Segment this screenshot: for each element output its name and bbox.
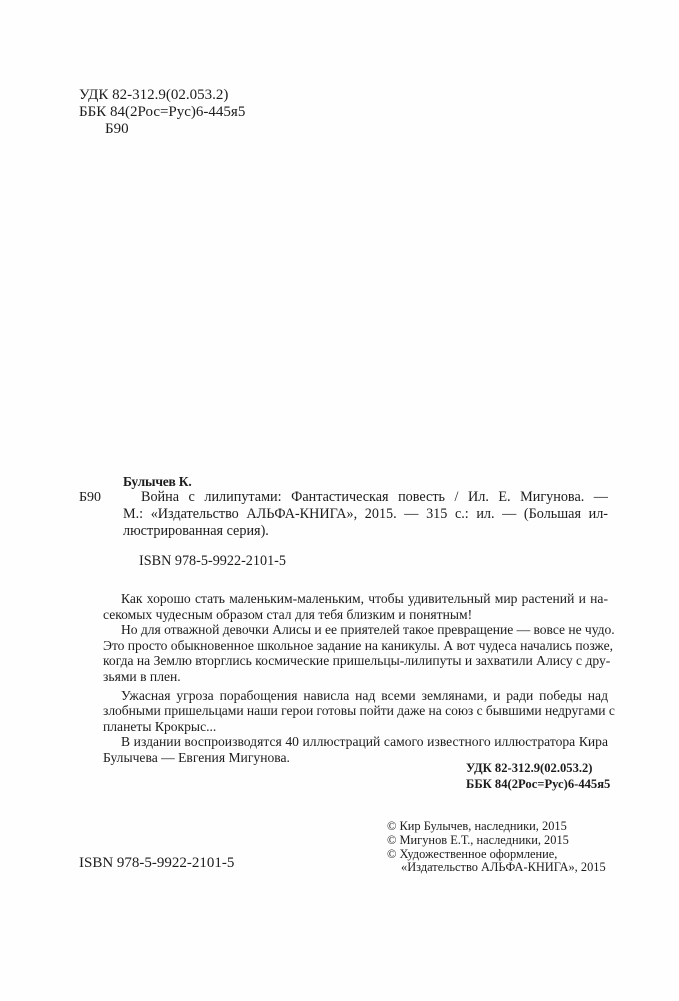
annotation-line: Это просто обыкновенное школьное задание… — [103, 638, 608, 654]
annotation-line: секомых чудесным образом стал для тебя б… — [103, 607, 608, 623]
author-mark: Б90 — [79, 121, 245, 138]
top-classification: УДК 82-312.9(02.053.2) ББК 84(2Рос=Рус)6… — [79, 87, 245, 138]
udk-code: УДК 82-312.9(02.053.2) — [79, 87, 245, 104]
annotation-line: Ужасная угроза порабощения нависла над в… — [103, 688, 608, 704]
bbk-code: ББК 84(2Рос=Рус)6-445я5 — [79, 104, 245, 121]
isbn: ISBN 978-5-9922-2101-5 — [79, 855, 234, 872]
card-description-line: М.: «Издательство АЛЬФА-КНИГА», 2015. — … — [123, 506, 608, 523]
card-description-line: люстрированная серия). — [123, 523, 608, 540]
annotation-paragraph: Ужасная угроза порабощения нависла над в… — [103, 688, 608, 735]
annotation-line: Как хорошо стать маленьким-маленьким, чт… — [103, 591, 608, 607]
annotation-line: Но для отважной девочки Алисы и ее прият… — [103, 622, 608, 638]
annotation-paragraph: Как хорошо стать маленьким-маленьким, чт… — [103, 591, 608, 622]
card-isbn: ISBN 978-5-9922-2101-5 — [139, 553, 286, 570]
annotation-line: когда на Землю вторглись космические при… — [103, 653, 608, 669]
imprint-page: УДК 82-312.9(02.053.2) ББК 84(2Рос=Рус)6… — [0, 0, 679, 1001]
annotation-line: зьями в плен. — [103, 669, 608, 685]
annotation-line: В издании воспроизводятся 40 иллюстраций… — [103, 734, 608, 750]
card-description-line: Война с лилипутами: Фантастическая повес… — [123, 489, 608, 506]
copyright-line: «Издательство АЛЬФА-КНИГА», 2015 — [387, 861, 606, 875]
copyright-line: © Мигунов Е.Т., наследники, 2015 — [387, 834, 606, 848]
card-description: Война с лилипутами: Фантастическая повес… — [123, 489, 608, 540]
annotation: Как хорошо стать маленьким-маленьким, чт… — [103, 591, 608, 766]
annotation-paragraph: Но для отважной девочки Алисы и ее прият… — [103, 622, 608, 684]
copyright-block: © Кир Булычев, наследники, 2015 © Мигуно… — [387, 820, 606, 875]
annotation-line: планеты Крокрыс... — [103, 719, 608, 735]
bbk-code: ББК 84(2Рос=Рус)6-445я5 — [466, 777, 610, 793]
card-author: Булычев К. — [123, 474, 192, 490]
udk-code: УДК 82-312.9(02.053.2) — [466, 761, 610, 777]
annotation-line: злобными пришельцами наши герои готовы п… — [103, 703, 608, 719]
card-author-mark: Б90 — [79, 490, 101, 506]
copyright-line: © Кир Булычев, наследники, 2015 — [387, 820, 606, 834]
copyright-line: © Художественное оформление, — [387, 848, 606, 862]
bottom-classification: УДК 82-312.9(02.053.2) ББК 84(2Рос=Рус)6… — [466, 761, 610, 792]
